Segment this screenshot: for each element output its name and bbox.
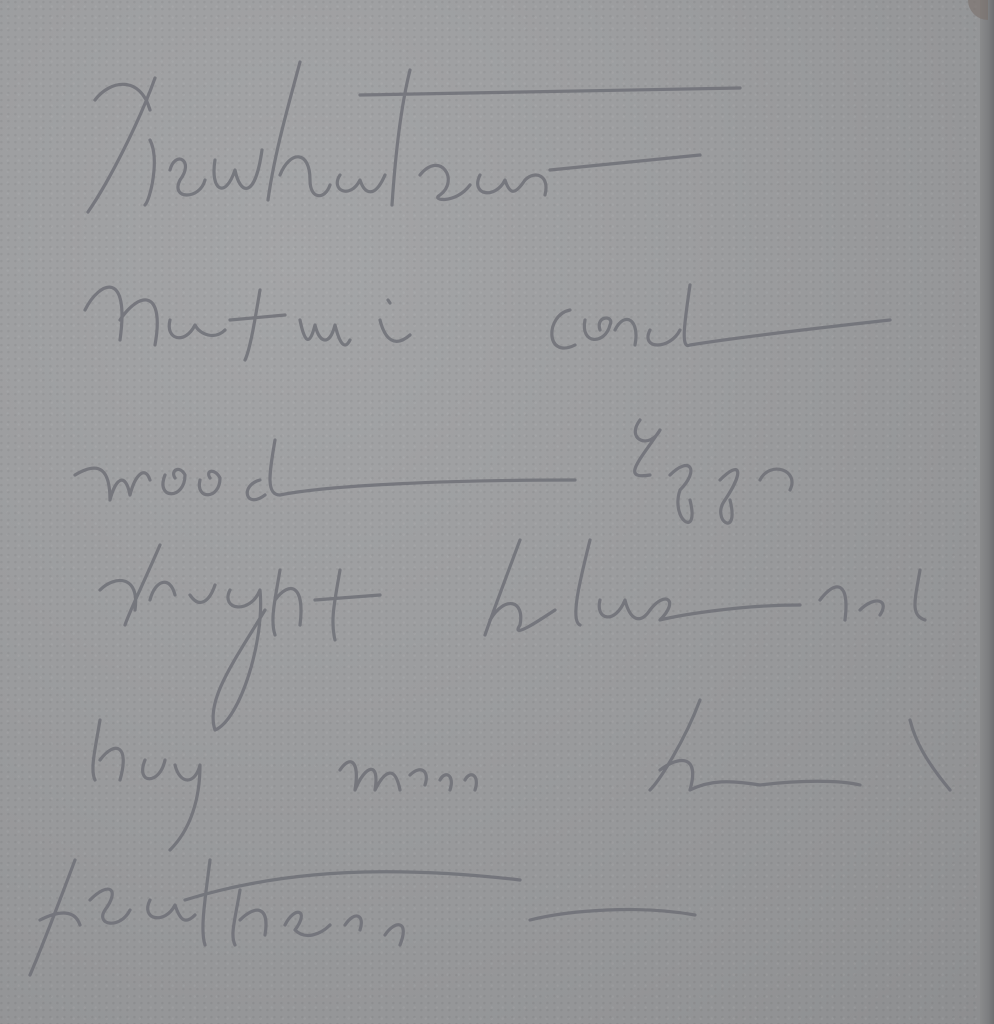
note-card: The Wheatear nest in cord wood — Eggs br… [0,0,980,1024]
stroke-line-6 [30,860,695,975]
handwriting-strokes [0,0,980,1024]
stroke-line-1 [88,62,740,212]
card-edge [980,0,994,1024]
stroke-line-3 [75,420,792,523]
stroke-line-2 [85,285,890,360]
stroke-line-5 [93,700,950,850]
stroke-line-4 [100,540,925,730]
